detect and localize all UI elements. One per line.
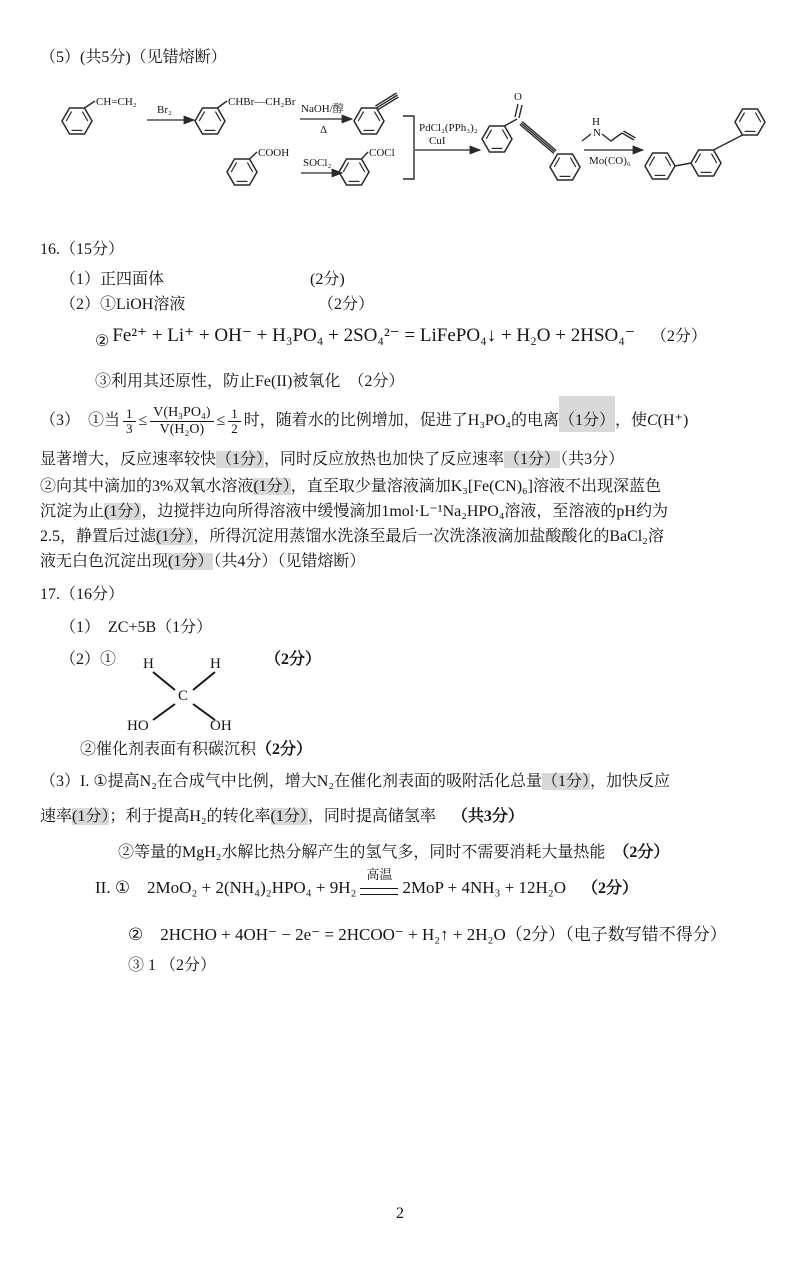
cui-label: CuI bbox=[429, 135, 446, 147]
cooh-label: COOH bbox=[258, 147, 289, 159]
q17-answer-3-ii3: ③ 1 （2分） bbox=[128, 956, 216, 977]
benzene-ring bbox=[195, 108, 225, 134]
carbonyl-o-label: O bbox=[514, 91, 522, 103]
q16-answer-2-1-score: （2分） bbox=[318, 295, 374, 316]
double-bond bbox=[515, 104, 518, 117]
q17-answer-3-ii2: ② 2HCHO + 4OH⁻ − 2e⁻ = 2HCOO⁻ + H₂↑ + 2H… bbox=[128, 924, 727, 946]
double-equals bbox=[360, 888, 398, 895]
bond bbox=[250, 152, 258, 159]
benzene-ring bbox=[354, 108, 384, 134]
naoh-label: NaOH/醇 bbox=[301, 101, 344, 115]
fraction: V(H₃PO₄)V(H₂O) bbox=[150, 405, 213, 437]
triple-bond bbox=[377, 95, 398, 108]
triple-bond bbox=[520, 124, 554, 153]
bond bbox=[362, 152, 369, 159]
text: ，使 bbox=[615, 412, 647, 429]
score-highlight: (1分） bbox=[104, 503, 141, 520]
bond bbox=[85, 101, 96, 108]
benzene-ring bbox=[62, 108, 92, 134]
q16-answer-3-2-line3: 2.5，静置后过滤(1分），所得沉淀用蒸馏水洗涤至最后一次洗涤液滴加盐酸酸化的B… bbox=[40, 527, 664, 548]
text: (H⁺) bbox=[658, 412, 689, 429]
score: （共3分） bbox=[452, 808, 524, 825]
score-highlight: (1分） bbox=[271, 808, 308, 825]
score-highlight: （1分） bbox=[504, 451, 560, 468]
fraction: 13 bbox=[123, 407, 136, 437]
text: （3） ①当 bbox=[40, 412, 120, 429]
delta-label: Δ bbox=[320, 124, 327, 136]
socl2-label: SOCl₂ bbox=[303, 157, 331, 169]
benzene-ring bbox=[482, 126, 512, 152]
amine-n-label: N bbox=[593, 127, 601, 139]
reaction-scheme: CH=CH₂ Br₂ CHBr—CH₂Br NaOH/醇 Δ COOH SOCl… bbox=[0, 86, 800, 218]
q16-answer-1-score: (2分) bbox=[310, 270, 345, 291]
fraction: 12 bbox=[228, 407, 241, 437]
benzene-ring bbox=[339, 159, 369, 185]
bracket bbox=[403, 116, 414, 179]
moco6-label: Mo(CO)₆ bbox=[589, 155, 631, 167]
bond bbox=[602, 133, 622, 141]
bond bbox=[675, 163, 691, 166]
q17-answer-1: （1） ZC+5B（1分） bbox=[60, 618, 212, 639]
benzene-ring bbox=[550, 154, 580, 180]
methanediol-structure: H H C HO OH bbox=[115, 648, 255, 740]
score-highlight: (1分） bbox=[72, 808, 109, 825]
q16-answer-3-1-line1: （3） ①当13≤V(H₃PO₄)V(H₂O)≤12时，随着水的比例增加，促进了… bbox=[40, 396, 688, 437]
text: 时，随着水的比例增加，促进了H₃PO₄的电离 bbox=[244, 412, 559, 429]
reaction-condition: 高温 bbox=[360, 868, 398, 899]
q17-answer-3-i1-line2: 速率(1分）；利于提高H₂的转化率(1分），同时提高储氢率（共3分） bbox=[40, 807, 524, 828]
answer-sheet-page: （5）(共5分)（见错熔断） CH=CH₂ Br₂ CHBr—CH₂Br NaO… bbox=[0, 0, 800, 1281]
score: （2分） bbox=[256, 741, 312, 758]
bond bbox=[218, 101, 228, 108]
bond bbox=[714, 135, 743, 150]
bond bbox=[582, 134, 591, 141]
q16-answer-3-2-line4: 液无白色沉淀出现(1分）（共4分）（见错熔断） bbox=[40, 552, 365, 573]
q16-answer-3-1-line2: 显著增大，反应速率较快（1分），同时反应放热也加快了反应速率（1分）（共3分） bbox=[40, 450, 624, 471]
le-sign: ≤ bbox=[139, 412, 148, 429]
italic-c: C bbox=[647, 412, 658, 429]
q17-answer-3-i2: ②等量的MgH₂水解比热分解产生的氢气多，同时不需要消耗大量热能（2分） bbox=[118, 843, 669, 864]
q17-answer-3-i1-line1: （3）I. ①提高N₂在合成气中比例，增大N₂在催化剂表面的吸附活化总量（1分）… bbox=[40, 772, 670, 793]
score-highlight: (1分） bbox=[168, 553, 213, 570]
score-highlight: （1分） bbox=[216, 451, 264, 468]
q16-answer-2-1: （2）①LiOH溶液 bbox=[60, 295, 185, 316]
benzene-ring bbox=[691, 150, 721, 176]
q17-title: 17.（16分） bbox=[40, 585, 124, 606]
q16-answer-2-3: ③利用其还原性，防止Fe(II)被氧化 （2分） bbox=[95, 372, 404, 393]
bond bbox=[153, 672, 175, 690]
q16-title: 16.（15分） bbox=[40, 240, 124, 261]
benzene-ring bbox=[645, 153, 675, 179]
le-sign: ≤ bbox=[217, 412, 226, 429]
q17-answer-2-2: ②催化剂表面有积碳沉积（2分） bbox=[80, 740, 312, 761]
q17-answer-3-ii1: II. ① 2MoO₂ + 2(NH₄)₂HPO₄ + 9H₂高温2MoP + … bbox=[95, 868, 638, 900]
bond bbox=[153, 704, 175, 720]
score-highlight: (1分） bbox=[156, 528, 193, 545]
benzene-ring bbox=[227, 159, 257, 185]
bond bbox=[193, 672, 215, 690]
h-atom: H bbox=[143, 656, 154, 672]
double-bond bbox=[519, 105, 522, 118]
q17-answer-2-1-label: （2）① bbox=[60, 650, 116, 671]
c-atom: C bbox=[178, 688, 188, 704]
q16-answer-3-2-line2: 沉淀为止(1分），边搅拌边向所得溶液中缓慢滴加1mol·L⁻¹Na₂HPO₄溶液… bbox=[40, 502, 668, 523]
score-highlight: (1分） bbox=[253, 478, 290, 495]
h-atom: H bbox=[210, 656, 221, 672]
dibromide-label: CHBr—CH₂Br bbox=[228, 96, 296, 108]
benzene-ring bbox=[735, 109, 765, 135]
score: （2分） bbox=[651, 328, 707, 345]
ionic-equation: Fe²⁺ + Li⁺ + OH⁻ + H₃PO₄ + 2SO₄²⁻ = LiFe… bbox=[112, 325, 635, 346]
q16-answer-2-2: ②Fe²⁺ + Li⁺ + OH⁻ + H₃PO₄ + 2SO₄²⁻ = LiF… bbox=[95, 324, 707, 353]
q16-answer-3-2-line1: ②向其中滴加的3%双氧水溶液(1分），直至取少量溶液滴加K₃[Fe(CN)₆]溶… bbox=[40, 477, 661, 498]
pdcl2-label: PdCl₂(PPh₃)₂ bbox=[419, 122, 478, 134]
bond bbox=[505, 119, 518, 126]
ho-group: HO bbox=[127, 718, 149, 734]
score: （2分） bbox=[582, 880, 638, 897]
br2-label: Br₂ bbox=[157, 104, 172, 116]
score-highlight: （1分） bbox=[559, 396, 615, 432]
vinyl-label: CH=CH₂ bbox=[96, 96, 137, 108]
triple-bond bbox=[522, 122, 556, 151]
triple-bond bbox=[521, 123, 555, 152]
cocl-label: COCl bbox=[369, 147, 395, 159]
q16-answer-1: （1）正四面体 bbox=[60, 270, 164, 291]
q17-answer-2-1-score: （2分） bbox=[265, 650, 321, 671]
oh-group: OH bbox=[210, 718, 232, 734]
page-number: 2 bbox=[0, 1205, 800, 1223]
bond bbox=[193, 704, 215, 720]
score-highlight: （1分） bbox=[542, 773, 590, 790]
score: （2分） bbox=[613, 844, 669, 861]
circled-2: ② bbox=[95, 333, 109, 350]
q5-header: （5）(共5分)（见错熔断） bbox=[40, 48, 227, 69]
